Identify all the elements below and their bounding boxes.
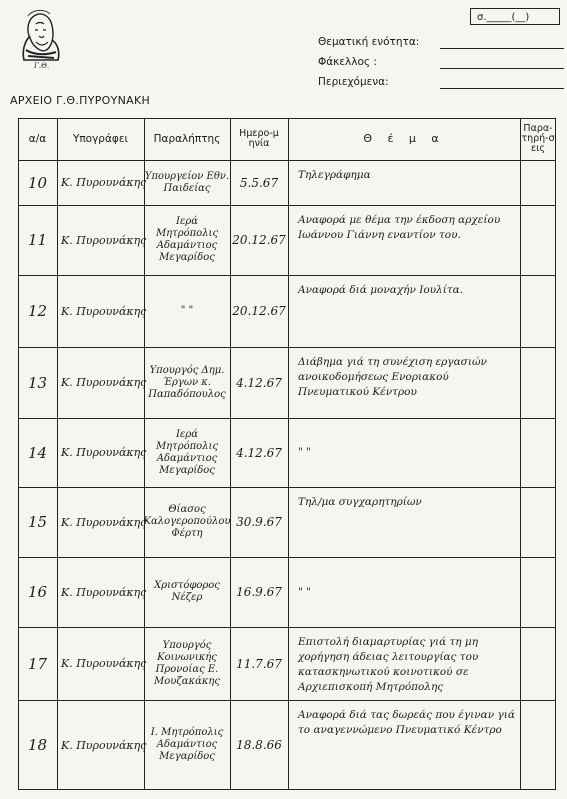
cell-date: 18.8.66 xyxy=(230,700,288,790)
cell-signer: Κ. Πυρουνάκης xyxy=(57,275,148,347)
cell-date: 4.12.67 xyxy=(230,418,288,487)
cell-subject: Αναφορά διά τας δωρεάς που έγιναν γιά το… xyxy=(288,700,520,790)
cell-aa: 13 xyxy=(18,347,57,418)
cell-recipient: Υπουργός Κοινωνικής Προνοίας Ε. Μουζακάκ… xyxy=(144,627,230,700)
cell-signer: Κ. Πυρουνάκης xyxy=(57,347,148,418)
header-aa: α/α xyxy=(18,118,57,160)
cell-aa: 16 xyxy=(18,557,57,627)
archive-page: Γ.Θ. ΑΡΧΕΙΟ Γ.Θ.ΠΥΡΟΥΝΑΚΗ σ._____(__) Θε… xyxy=(0,0,567,799)
portrait-sketch-icon: Γ.Θ. xyxy=(14,6,70,68)
cell-recipient: Υπουργός Δημ. Έργων κ. Παπαδόπουλος xyxy=(144,347,230,418)
cell-date: 20.12.67 xyxy=(230,275,288,347)
cell-signer: Κ. Πυρουνάκης xyxy=(57,160,148,205)
cell-subject: Τηλεγράφημα xyxy=(288,160,520,205)
cell-remarks xyxy=(520,557,556,627)
reference-number-field: σ._____(__) xyxy=(470,8,560,25)
cell-signer: Κ. Πυρουνάκης xyxy=(57,487,148,557)
header-date-text: Ημερο-μηνία xyxy=(239,129,279,149)
contents-label: Περιεχόμενα: xyxy=(318,76,389,88)
cell-subject: Επιστολή διαμαρτυρίας γιά τη μη χορήγηση… xyxy=(288,627,520,700)
cell-recipient: Χριστόφορος Νέζερ xyxy=(144,557,230,627)
cell-aa: 15 xyxy=(18,487,57,557)
cell-subject: " " xyxy=(288,418,520,487)
cell-recipient: " " xyxy=(144,275,230,347)
cell-recipient: Θίασος Καλογεροπούλου Φέρτη xyxy=(144,487,230,557)
cell-date: 20.12.67 xyxy=(230,205,288,275)
header-recipient: Παραλήπτης xyxy=(144,118,230,160)
cell-subject: Αναφορά με θέμα την έκδοση αρχείου Ιωάνν… xyxy=(288,205,520,275)
cell-subject: Τηλ/μα συγχαρητηρίων xyxy=(288,487,520,557)
cell-aa: 12 xyxy=(18,275,57,347)
cell-signer: Κ. Πυρουνάκης xyxy=(57,700,148,790)
cell-recipient: Ιερά Μητρόπολις Αδαμάντιος Μεγαρίδος xyxy=(144,418,230,487)
cell-date: 4.12.67 xyxy=(230,347,288,418)
cell-aa: 11 xyxy=(18,205,57,275)
contents-line-extra xyxy=(440,88,564,89)
cell-signer: Κ. Πυρουνάκης xyxy=(57,557,148,627)
cell-aa: 10 xyxy=(18,160,57,205)
cell-recipient: Ι. Μητρόπολις Αδαμάντιος Μεγαρίδος xyxy=(144,700,230,790)
cell-subject: " " xyxy=(288,557,520,627)
header-signer: Υπογράφει xyxy=(57,118,144,160)
header-subject: Θ έ μ α xyxy=(288,118,520,160)
cell-remarks xyxy=(520,205,556,275)
cell-signer: Κ. Πυρουνάκης xyxy=(57,627,148,700)
cell-remarks xyxy=(520,627,556,700)
cell-signer: Κ. Πυρουνάκης xyxy=(57,205,148,275)
cell-aa: 18 xyxy=(18,700,57,790)
cell-aa: 17 xyxy=(18,627,57,700)
cell-subject: Αναφορά διά μοναχήν Ιουλίτα. xyxy=(288,275,520,347)
cell-remarks xyxy=(520,700,556,790)
cell-remarks xyxy=(520,418,556,487)
cell-recipient: Ιερά Μητρόπολις Αδαμάντιος Μεγαρίδος xyxy=(144,205,230,275)
folder-label: Φάκελλος : xyxy=(318,56,377,68)
thematic-unit-line xyxy=(440,48,564,49)
cell-date: 5.5.67 xyxy=(230,160,288,205)
cell-remarks xyxy=(520,275,556,347)
cell-date: 30.9.67 xyxy=(230,487,288,557)
header-date: Ημερο-μηνία xyxy=(232,118,286,160)
cell-signer: Κ. Πυρουνάκης xyxy=(57,418,148,487)
svg-text:Γ.Θ.: Γ.Θ. xyxy=(33,62,49,68)
cell-date: 16.9.67 xyxy=(230,557,288,627)
folder-line xyxy=(440,68,564,69)
header-remarks-text: Παρα-τηρή-σεις xyxy=(521,124,555,154)
thematic-unit-label: Θεματική ενότητα: xyxy=(318,36,419,48)
header-remarks: Παρα-τηρή-σεις xyxy=(520,118,556,160)
cell-remarks xyxy=(520,160,556,205)
cell-remarks xyxy=(520,347,556,418)
cell-subject: Διάβημα γιά τη συνέχιση εργασιών ανοικοδ… xyxy=(288,347,520,418)
cell-aa: 14 xyxy=(18,418,57,487)
archive-title: ΑΡΧΕΙΟ Γ.Θ.ΠΥΡΟΥΝΑΚΗ xyxy=(10,94,150,107)
cell-recipient: Υπουργείον Εθν. Παιδείας xyxy=(144,160,230,205)
cell-remarks xyxy=(520,487,556,557)
cell-date: 11.7.67 xyxy=(230,627,288,700)
